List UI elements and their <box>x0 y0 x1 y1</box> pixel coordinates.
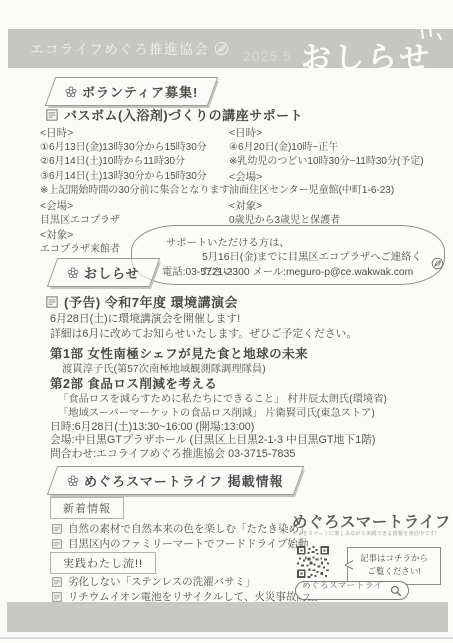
footer-bar <box>7 602 448 632</box>
notice-event-title: (予告) 令和7年度 環境講演会 <box>64 292 238 311</box>
part2-talk1: 「食品ロスを減らすために私たちにできること」 村井辰太朗氏(環境省) <box>58 390 387 405</box>
item-text: 目黒区内のファミリーマートでフードドライブ始動 <box>68 536 308 551</box>
smartlife-logo: めぐろスマートライフ Meguro Smart Life <box>292 510 453 532</box>
volunteer-event-title: バスボム(入浴剤)づくりの講座サポート <box>64 105 303 124</box>
volunteer-event-title-row: バスボム(入浴剤)づくりの講座サポート <box>46 105 303 124</box>
flower-icon <box>67 475 79 487</box>
leaf-icon <box>214 41 229 56</box>
flower-icon <box>65 86 77 98</box>
search-box: めぐろスマートライフ <box>295 581 409 600</box>
article-icon <box>46 109 58 121</box>
schedule-line: ①6月13日(金)13時30分から15時30分 <box>40 141 230 156</box>
venue-label: <会場> <box>229 170 424 185</box>
section-title: おしらせ <box>84 263 140 282</box>
item-text: 自然の素材で自然本来の色を楽しむ「たたき染め」 <box>68 521 310 536</box>
list-item: 自然の素材で自然本来の色を楽しむ「たたき染め」 <box>52 521 310 536</box>
bubble-line3: 電話:03-5721-2300 メール:meguro-p@ce.wakwak.c… <box>162 263 413 278</box>
notice-intro2: 詳細は6月に改めてお知らせいたします。ぜひご予定ください。 <box>50 326 357 341</box>
notice-event-title-row: (予告) 令和7年度 環境講演会 <box>46 292 238 311</box>
article-icon <box>52 539 62 549</box>
flower-icon <box>67 267 79 279</box>
org-name-row: エコライフめぐろ推進協会 <box>30 38 229 58</box>
list-item: 劣化しない「ステンレスの洗濯バサミ」 <box>52 574 256 589</box>
bubble-line1: サポートいただける方は、 <box>166 234 290 249</box>
org-name: エコライフめぐろ推進協会 <box>30 38 209 58</box>
contact-bubble: サポートいただける方は、 5月16日(金)までに目黒区エコプラザへご連絡ください… <box>131 225 445 285</box>
qr-bubble-line1: 記事はコチラから <box>348 552 440 565</box>
newsletter-page: エコライフめぐろ推進協会 2025.5 おしらせ ボランティア募集! バスボム(… <box>0 0 453 643</box>
schedule-line: ④6月20日(金)10時~正午 <box>229 141 424 156</box>
article-icon <box>52 592 62 602</box>
target-label: <対象> <box>229 199 424 214</box>
leaf-icon <box>431 257 444 270</box>
issue-date: 2025.5 <box>243 48 292 64</box>
notice-contact: 問合わせ:エコライフめぐろ推進協会 03-3715-7835 <box>50 446 295 461</box>
schedule-note: ※乳幼児のつどい10時30分~11時30分(予定) <box>229 155 424 170</box>
new-info-label: 新着情報 <box>50 497 124 519</box>
qr-code <box>297 546 329 578</box>
header-bar: エコライフめぐろ推進協会 2025.5 おしらせ <box>8 29 453 68</box>
notice-venue: 会場:中目黒GTプラザホール (目黒区上目黒2-1-3 中目黒GT地下1階) <box>50 432 376 447</box>
smartlife-logo-text: めぐろスマートライフ <box>292 510 451 532</box>
venue-value: 油面住区センター児童館(中町1-6-23) <box>229 184 424 199</box>
search-icon <box>390 585 402 597</box>
qr-bubble-line2: ご覧ください! <box>348 565 440 578</box>
venue-label: <会場> <box>40 199 230 214</box>
part1-speaker: 渡貫淳子氏(第57次南極地域観測隊調理隊員) <box>62 360 266 375</box>
article-icon <box>46 296 58 308</box>
section-title: めぐろスマートライフ 掲載情報 <box>84 471 284 490</box>
section-header-notice: おしらせ <box>47 258 160 287</box>
list-item: 目黒区内のファミリーマートでフードドライブ始動 <box>52 536 308 551</box>
section-title: ボランティア募集! <box>82 82 198 101</box>
schedule-note: ※上記開始時間の30分前に集合となります <box>40 184 230 199</box>
schedule-line: ②6月14日(土)10時から11時30分 <box>40 155 230 170</box>
smartlife-tagline: エコをスマートに楽しみながら実践できる情報を発信中です! <box>292 530 437 537</box>
section-header-volunteer: ボランティア募集! <box>45 77 219 106</box>
article-icon <box>52 577 62 587</box>
section-header-smartlife: めぐろスマートライフ 掲載情報 <box>47 466 304 495</box>
volunteer-schedule-right: <日時> ④6月20日(金)10時~正午 ※乳幼児のつどい10時30分~11時3… <box>229 126 424 228</box>
sparkle-icon <box>416 26 444 48</box>
datetime-label: <日時> <box>229 126 424 141</box>
datetime-label: <日時> <box>40 126 230 141</box>
item-text: 劣化しない「ステンレスの洗濯バサミ」 <box>68 574 256 589</box>
page-bottom-edge <box>0 637 453 639</box>
practice-label: 実践わたし流!! <box>50 552 156 574</box>
schedule-line: ③6月14日(土)13時30分から15時30分 <box>40 170 230 185</box>
notice-intro1: 6月28日(土)に環境講演会を開催します! <box>50 311 240 326</box>
part2-talk2: 「地域スーパーマーケットの食品ロス削減」 片衛賢司氏(東急ストア) <box>58 404 375 419</box>
page-title: おしらせ <box>301 33 432 77</box>
search-text: めぐろスマートライフ <box>302 579 386 603</box>
article-icon <box>52 524 62 534</box>
